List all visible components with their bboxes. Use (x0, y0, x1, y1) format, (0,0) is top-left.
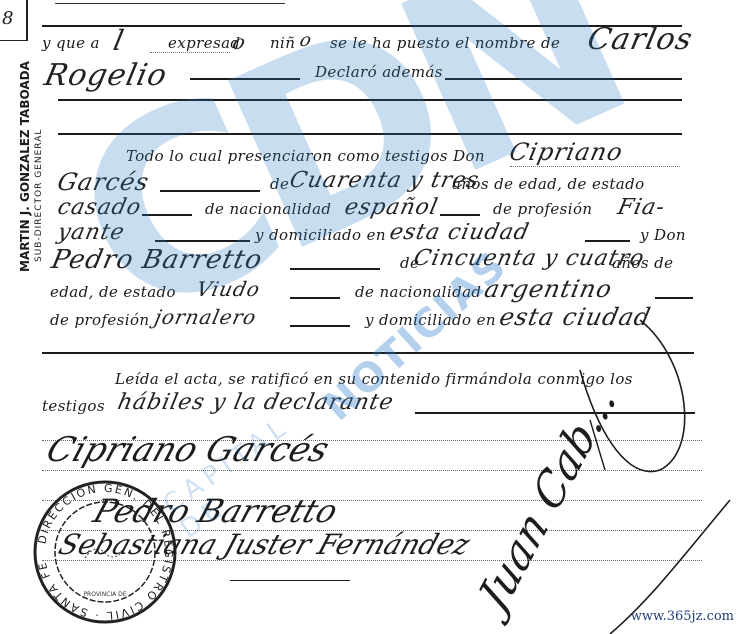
document-scan: 8 y que a l expresad o niñ o se le ha pu… (0, 0, 742, 634)
hand-testigos-detail: hábiles y la declarante (115, 390, 396, 415)
dotted-fill (510, 166, 680, 167)
signature-witness1: Cipriano Garcés (42, 430, 335, 470)
text-de-nacionalidad-2: de nacionalidad (355, 283, 481, 301)
text-de: de (270, 175, 289, 193)
hand-witness1-first: Cipriano (507, 138, 626, 166)
blank-line (585, 240, 630, 242)
blank-line (290, 325, 350, 327)
signature-declarant: Sebastiana Juster Fernández (55, 528, 475, 561)
blank-line (160, 190, 260, 192)
signature-witness2: Pedro Barretto (89, 492, 343, 530)
text-nombre-de: se le ha puesto el nombre de (330, 34, 560, 52)
blank-line (655, 297, 693, 299)
hand-article: l (110, 24, 127, 57)
text-de-profesion: de profesión (493, 200, 592, 218)
text-domiciliado-en: y domiciliado en (255, 226, 386, 244)
hand-profession2: jornalero (152, 305, 259, 329)
hand-second-name: Rogelio (41, 58, 170, 93)
text-de-nacionalidad: de nacionalidad (205, 200, 331, 218)
hand-civil1: casado (55, 195, 143, 220)
text-expresad: expresad (168, 34, 240, 52)
blank-line (290, 268, 380, 270)
hand-civil2: Viudo (194, 277, 262, 301)
blank-line (440, 214, 480, 216)
blank-line (142, 214, 192, 216)
text-y-don: y Don (640, 226, 686, 244)
hand-witness2: Pedro Barretto (49, 245, 265, 275)
underline (230, 580, 350, 581)
hand-profession1-cont: yante (55, 220, 127, 245)
hand-nationality2: argentino (482, 275, 615, 303)
text-edad-de-estado: edad, de estado (50, 283, 176, 301)
hand-domicile1: esta ciudad (387, 220, 531, 245)
hand-witness1-last: Garcés (55, 168, 152, 196)
svg-text:PROVINCIA DE: PROVINCIA DE (83, 591, 126, 598)
rule-2 (58, 99, 682, 101)
blank-line (190, 78, 300, 80)
text-anos-de: años de (612, 254, 673, 272)
rule-3 (58, 133, 682, 135)
hand-nationality1: español (342, 195, 440, 220)
official-signature-strokes (430, 300, 742, 634)
hand-o-2: o (298, 30, 314, 51)
dotted-fill (150, 52, 230, 53)
text-anos-de-edad: años de edad, de estado (452, 175, 645, 193)
margin-number: 8 (2, 8, 13, 29)
blank-line (445, 78, 682, 80)
text-todo-lo-cual: Todo lo cual presenciaron como testigos … (126, 147, 485, 165)
text-testigos: testigos (42, 397, 105, 415)
text-y-que-a: y que a (42, 34, 100, 52)
hand-profession1: Fia- (615, 195, 667, 220)
text-declaro: Declaró además (315, 63, 443, 81)
hand-first-name: Carlos (584, 22, 696, 57)
blank-line (290, 297, 340, 299)
top-rule (55, 3, 285, 4)
blank-line (155, 240, 250, 242)
source-url: www.365jz.com (631, 609, 734, 624)
stamp-official-title: SUB-DIRECTOR GENERAL (34, 129, 44, 262)
text-de-profesion-2: de profesión (50, 311, 149, 329)
rule-1 (42, 25, 682, 27)
text-nin: niñ (270, 34, 295, 52)
stamp-official-name: MARTIN J. GONZALEZ TABOADA (18, 61, 32, 272)
